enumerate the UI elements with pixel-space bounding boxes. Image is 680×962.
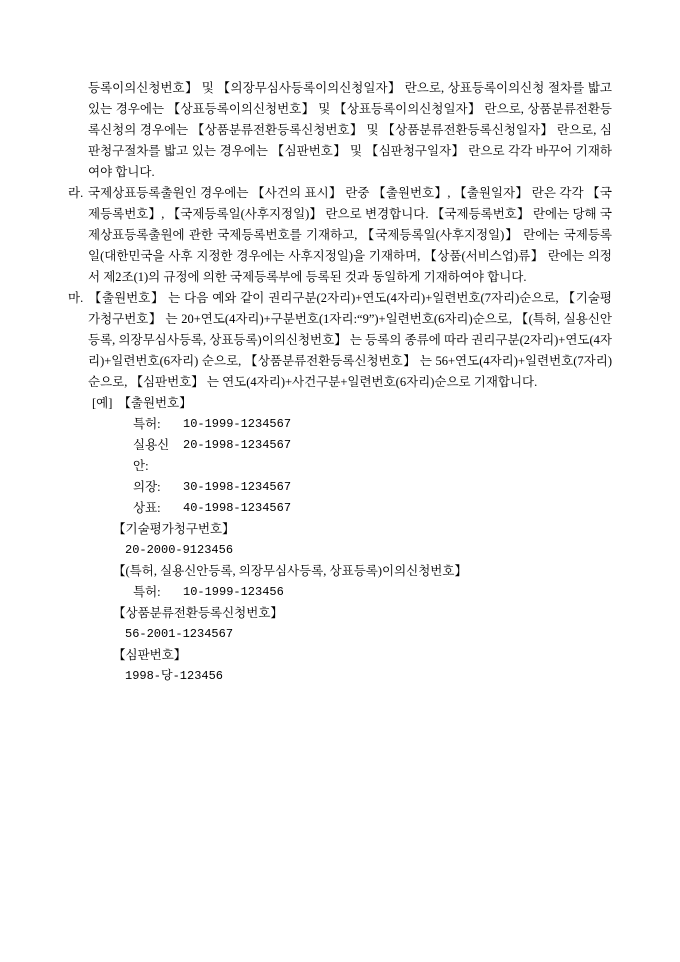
example-section-title: 【상품분류전환등록신청번호】 <box>113 603 612 624</box>
paragraph-label: 라. <box>68 183 88 204</box>
paragraph-text: 등록이의신청번호】 및 【의장무심사등록이의신청일자】 란으로, 상표등록이의신… <box>88 81 612 179</box>
example-row: 실용신안: 20-1998-1234567 <box>133 435 612 477</box>
example-row: 특허: 10-1999-1234567 <box>133 414 612 435</box>
example-row-label: 특허: <box>133 414 183 435</box>
example-section-title: 【기술평가청구번호】 <box>113 519 612 540</box>
example-row-label: 상표: <box>133 498 183 519</box>
example-row-value: 30-1998-1234567 <box>183 477 291 498</box>
example-intro-title: 【출원번호】 <box>118 396 191 410</box>
paragraph-ma: 마.【출원번호】 는 다음 예와 같이 권리구분(2자리)+연도(4자리)+일련… <box>68 288 612 393</box>
example-row: 특허: 10-1999-123456 <box>133 582 612 603</box>
paragraph-text: 【출원번호】 는 다음 예와 같이 권리구분(2자리)+연도(4자리)+일련번호… <box>88 291 612 389</box>
example-section-title: 【(특허, 실용신안등록, 의장무심사등록, 상표등록)이의신청번호】 <box>113 561 612 582</box>
example-section-value: 56-2001-1234567 <box>125 624 612 645</box>
example-row: 상표: 40-1998-1234567 <box>133 498 612 519</box>
example-row-value: 40-1998-1234567 <box>183 498 291 519</box>
paragraph-text: 국제상표등록출원인 경우에는 【사건의 표시】 란중 【출원번호】, 【출원일자… <box>88 186 612 284</box>
example-row: 의장: 30-1998-1234567 <box>133 477 612 498</box>
paragraph-label: 마. <box>68 288 88 309</box>
example-section-value: 20-2000-9123456 <box>125 540 612 561</box>
example-row-value: 10-1999-123456 <box>183 582 284 603</box>
example-section-value: 1998-당-123456 <box>125 666 612 687</box>
document-page: 등록이의신청번호】 및 【의장무심사등록이의신청일자】 란으로, 상표등록이의신… <box>0 0 680 962</box>
example-intro: [예]【출원번호】 <box>92 393 612 414</box>
example-row-value: 10-1999-1234567 <box>183 414 291 435</box>
example-row-label: 실용신안: <box>133 435 183 477</box>
paragraph-ra: 라.국제상표등록출원인 경우에는 【사건의 표시】 란중 【출원번호】, 【출원… <box>68 183 612 288</box>
document-content: 등록이의신청번호】 및 【의장무심사등록이의신청일자】 란으로, 상표등록이의신… <box>68 78 612 687</box>
example-intro-label: [예] <box>92 396 118 410</box>
example-block: [예]【출원번호】 특허: 10-1999-1234567 실용신안: 20-1… <box>68 393 612 687</box>
example-row-value: 20-1998-1234567 <box>183 435 291 477</box>
paragraph-continuation: 등록이의신청번호】 및 【의장무심사등록이의신청일자】 란으로, 상표등록이의신… <box>68 78 612 183</box>
example-row-label: 의장: <box>133 477 183 498</box>
example-section-title: 【심판번호】 <box>113 645 612 666</box>
example-row-label: 특허: <box>133 582 183 603</box>
